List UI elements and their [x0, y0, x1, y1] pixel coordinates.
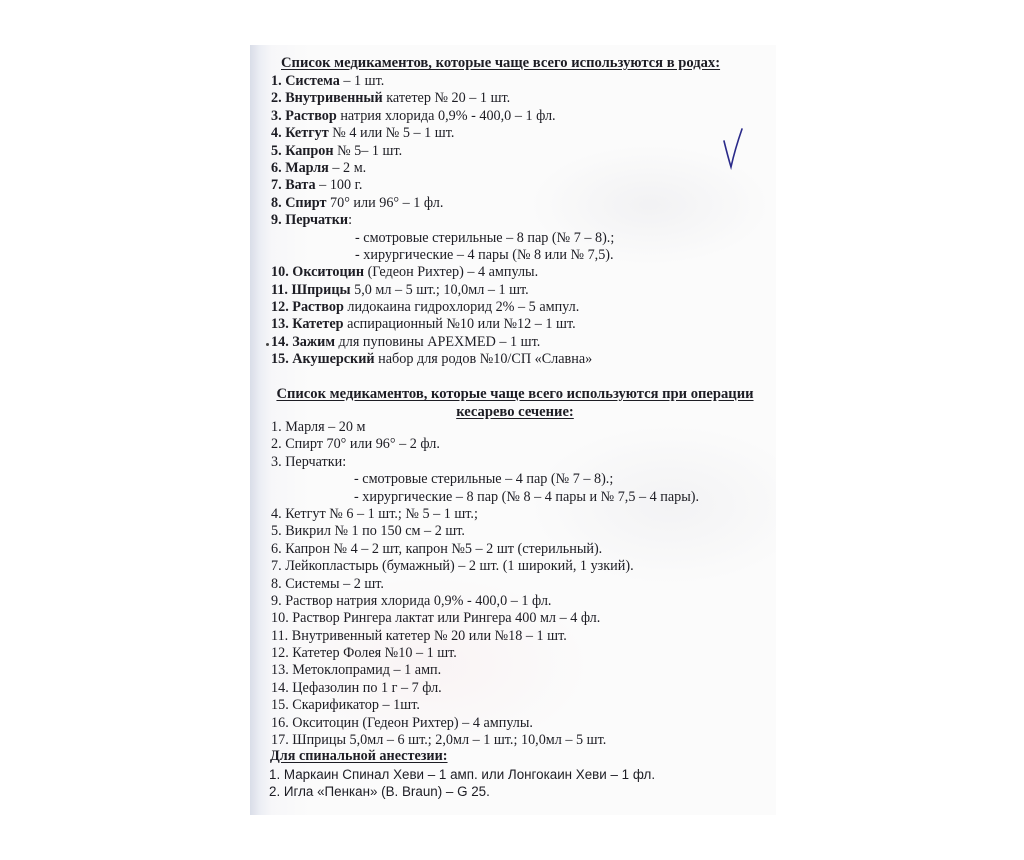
- item-number: 3.: [271, 454, 285, 470]
- item-number: 2.: [269, 784, 284, 799]
- item-number: 14.: [271, 680, 292, 696]
- item-number: 5.: [271, 523, 285, 539]
- list-item: 4. Кетгут № 6 – 1 шт.; № 5 – 1 шт.;: [271, 506, 699, 523]
- item-text: Викрил № 1 по 150 см – 2 шт.: [285, 523, 465, 539]
- item-detail: № 4 или № 5 – 1 шт.: [329, 125, 455, 141]
- item-detail: № 5– 1 шт.: [334, 143, 403, 159]
- item-detail: – 100 г.: [316, 177, 363, 193]
- list-subitem: - смотровые стерильные – 8 пар (№ 7 – 8)…: [271, 230, 614, 247]
- item-label: 4. Кетгут: [271, 125, 329, 141]
- list-item: 6. Марля – 2 м.: [271, 160, 614, 177]
- item-label: 14. Зажим: [271, 334, 335, 350]
- item-text: Метоклопрамид – 1 амп.: [292, 662, 441, 678]
- item-text: Раствор Рингера лактат или Рингера 400 м…: [292, 610, 600, 626]
- item-label: 7. Вата: [271, 177, 316, 193]
- item-label: 9. Перчатки: [271, 212, 348, 228]
- item-detail: :: [348, 212, 352, 228]
- item-text: Системы – 2 шт.: [285, 576, 384, 592]
- item-number: 15.: [271, 697, 292, 713]
- item-text: Капрон № 4 – 2 шт, капрон №5 – 2 шт (сте…: [285, 541, 602, 557]
- item-label: 3. Раствор: [271, 108, 337, 124]
- list-item: 17. Шприцы 5,0мл – 6 шт.; 2,0мл – 1 шт.;…: [271, 732, 699, 749]
- list-item: 12. Раствор лидокаина гидрохлорид 2% – 5…: [271, 299, 614, 316]
- item-detail: – 1 шт.: [340, 73, 384, 89]
- item-label: 8. Спирт: [271, 195, 326, 211]
- item-text: Шприцы 5,0мл – 6 шт.; 2,0мл – 1 шт.; 10,…: [292, 732, 606, 748]
- item-number: 4.: [271, 506, 285, 522]
- list-item: 2. Внутривенный катетер № 20 – 1 шт.: [271, 90, 614, 107]
- list-item: 7. Лейкопластырь (бумажный) – 2 шт. (1 ш…: [271, 558, 699, 575]
- item-detail: – 2 м.: [329, 160, 366, 176]
- item-text: Лейкопластырь (бумажный) – 2 шт. (1 широ…: [285, 558, 633, 574]
- list-subitem: - хирургические – 4 пары (№ 8 или № 7,5)…: [271, 247, 614, 264]
- list-item: 1. Марля – 20 м: [271, 419, 699, 436]
- list-item: 6. Капрон № 4 – 2 шт, капрон №5 – 2 шт (…: [271, 541, 699, 558]
- item-number: 13.: [271, 662, 292, 678]
- item-detail: набор для родов №10/СП «Славна»: [375, 351, 593, 367]
- item-text: Марля – 20 м: [285, 419, 365, 435]
- list-subitem: - хирургические – 8 пар (№ 8 – 4 пары и …: [271, 489, 699, 506]
- item-label: 10. Окситоцин: [271, 264, 364, 280]
- item-number: 2.: [271, 436, 285, 452]
- list-item: 14. Зажим для пуповины APEXMED – 1 шт.: [271, 334, 614, 351]
- list-item: 13. Метоклопрамид – 1 амп.: [271, 662, 699, 679]
- item-detail: 70° или 96° – 1 фл.: [326, 195, 443, 211]
- list-item: 2. Игла «Пенкан» (B. Braun) – G 25.: [269, 783, 655, 800]
- item-detail: лидокаина гидрохлорид 2% – 5 ампул.: [344, 299, 579, 315]
- list-item: 8. Системы – 2 шт.: [271, 576, 699, 593]
- item-label: 15. Акушерский: [271, 351, 375, 367]
- list-subitem: - смотровые стерильные – 4 пар (№ 7 – 8)…: [271, 471, 699, 488]
- list-item: 1. Маркаин Спинал Хеви – 1 амп. или Лонг…: [269, 766, 655, 783]
- item-label: 6. Марля: [271, 160, 329, 176]
- item-number: 12.: [271, 645, 292, 661]
- list-item: 11. Внутривенный катетер № 20 или №18 – …: [271, 628, 699, 645]
- item-number: 8.: [271, 576, 285, 592]
- list-item: 1. Система – 1 шт.: [271, 73, 614, 90]
- section-title-cesarean-line1: Список медикаментов, которые чаще всего …: [260, 385, 770, 403]
- item-number: 11.: [271, 628, 292, 644]
- item-label: 12. Раствор: [271, 299, 344, 315]
- item-label: 1. Система: [271, 73, 340, 89]
- item-text: Игла «Пенкан» (B. Braun) – G 25.: [284, 784, 490, 799]
- list-item: 5. Викрил № 1 по 150 см – 2 шт.: [271, 523, 699, 540]
- item-number: 16.: [271, 715, 292, 731]
- item-text: Маркаин Спинал Хеви – 1 амп. или Лонгока…: [284, 767, 655, 782]
- list-item: 13. Катетер аспирационный №10 или №12 – …: [271, 316, 614, 333]
- item-label: 13. Катетер: [271, 316, 344, 332]
- scan-speck: [266, 343, 269, 346]
- document-content: Список медикаментов, которые чаще всего …: [250, 45, 776, 815]
- list-item: 3. Перчатки:: [271, 454, 699, 471]
- list-item: 15. Акушерский набор для родов №10/СП «С…: [271, 351, 614, 368]
- item-number: 6.: [271, 541, 285, 557]
- list-item: 5. Капрон № 5– 1 шт.: [271, 143, 614, 160]
- item-detail: катетер № 20 – 1 шт.: [383, 90, 511, 106]
- item-detail: (Гедеон Рихтер) – 4 ампулы.: [364, 264, 538, 280]
- item-text: Спирт 70° или 96° – 2 фл.: [285, 436, 440, 452]
- item-number: 1.: [271, 419, 285, 435]
- item-detail: аспирационный №10 или №12 – 1 шт.: [344, 316, 576, 332]
- item-text: Окситоцин (Гедеон Рихтер) – 4 ампулы.: [292, 715, 533, 731]
- item-text: Цефазолин по 1 г – 7 фл.: [292, 680, 441, 696]
- section-title-spinal: Для спинальной анестезии:: [270, 748, 448, 765]
- list-item: 8. Спирт 70° или 96° – 1 фл.: [271, 195, 614, 212]
- list-item: 7. Вата – 100 г.: [271, 177, 614, 194]
- list-item: 10. Раствор Рингера лактат или Рингера 4…: [271, 610, 699, 627]
- list-item: 9. Перчатки:: [271, 212, 614, 229]
- section-title-childbirth: Список медикаментов, которые чаще всего …: [281, 55, 720, 72]
- item-text: Катетер Фолея №10 – 1 шт.: [292, 645, 457, 661]
- list-item: 16. Окситоцин (Гедеон Рихтер) – 4 ампулы…: [271, 715, 699, 732]
- item-number: 9.: [271, 593, 285, 609]
- list-item: 9. Раствор натрия хлорида 0,9% - 400,0 –…: [271, 593, 699, 610]
- list-item: 3. Раствор натрия хлорида 0,9% - 400,0 –…: [271, 108, 614, 125]
- item-number: 1.: [269, 767, 284, 782]
- item-detail: 5,0 мл – 5 шт.; 10,0мл – 1 шт.: [351, 282, 529, 298]
- list-item: 12. Катетер Фолея №10 – 1 шт.: [271, 645, 699, 662]
- section-title-cesarean: Список медикаментов, которые чаще всего …: [260, 385, 770, 421]
- item-text: Скарификатор – 1шт.: [292, 697, 420, 713]
- item-text: Раствор натрия хлорида 0,9% - 400,0 – 1 …: [285, 593, 551, 609]
- item-detail: натрия хлорида 0,9% - 400,0 – 1 фл.: [337, 108, 556, 124]
- item-text: Внутривенный катетер № 20 или №18 – 1 шт…: [292, 628, 567, 644]
- list-item: 14. Цефазолин по 1 г – 7 фл.: [271, 680, 699, 697]
- cesarean-list: 1. Марля – 20 м2. Спирт 70° или 96° – 2 …: [271, 419, 699, 749]
- list-item: 2. Спирт 70° или 96° – 2 фл.: [271, 436, 699, 453]
- list-item: 10. Окситоцин (Гедеон Рихтер) – 4 ампулы…: [271, 264, 614, 281]
- item-number: 17.: [271, 732, 292, 748]
- list-item: 4. Кетгут № 4 или № 5 – 1 шт.: [271, 125, 614, 142]
- list-item: 11. Шприцы 5,0 мл – 5 шт.; 10,0мл – 1 шт…: [271, 282, 614, 299]
- list-item: 15. Скарификатор – 1шт.: [271, 697, 699, 714]
- item-detail: для пуповины APEXMED – 1 шт.: [335, 334, 540, 350]
- scanned-page: Список медикаментов, которые чаще всего …: [250, 45, 776, 815]
- item-label: 5. Капрон: [271, 143, 334, 159]
- spinal-list: 1. Маркаин Спинал Хеви – 1 амп. или Лонг…: [269, 766, 655, 801]
- item-number: 10.: [271, 610, 292, 626]
- item-label: 11. Шприцы: [271, 282, 351, 298]
- item-label: 2. Внутривенный: [271, 90, 383, 106]
- checkmark-icon: [722, 127, 744, 171]
- item-number: 7.: [271, 558, 285, 574]
- item-text: Кетгут № 6 – 1 шт.; № 5 – 1 шт.;: [285, 506, 478, 522]
- childbirth-list: 1. Система – 1 шт.2. Внутривенный катете…: [271, 73, 614, 369]
- item-text: Перчатки:: [285, 454, 346, 470]
